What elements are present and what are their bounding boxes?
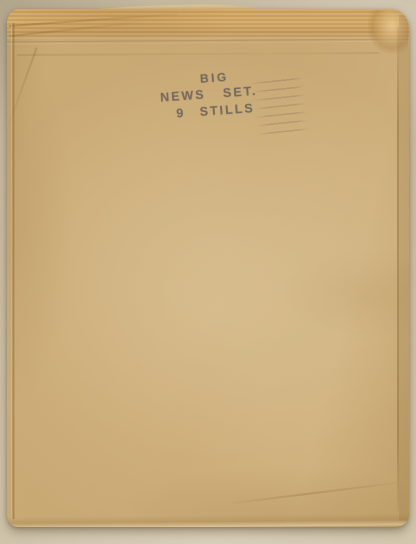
envelope: BIG NEWS SET. 9 STILLS	[7, 9, 409, 527]
envelope-photo: BIG NEWS SET. 9 STILLS	[0, 0, 416, 544]
cancellation-lines-mark	[251, 70, 309, 137]
bottom-edge-curl	[7, 513, 409, 527]
